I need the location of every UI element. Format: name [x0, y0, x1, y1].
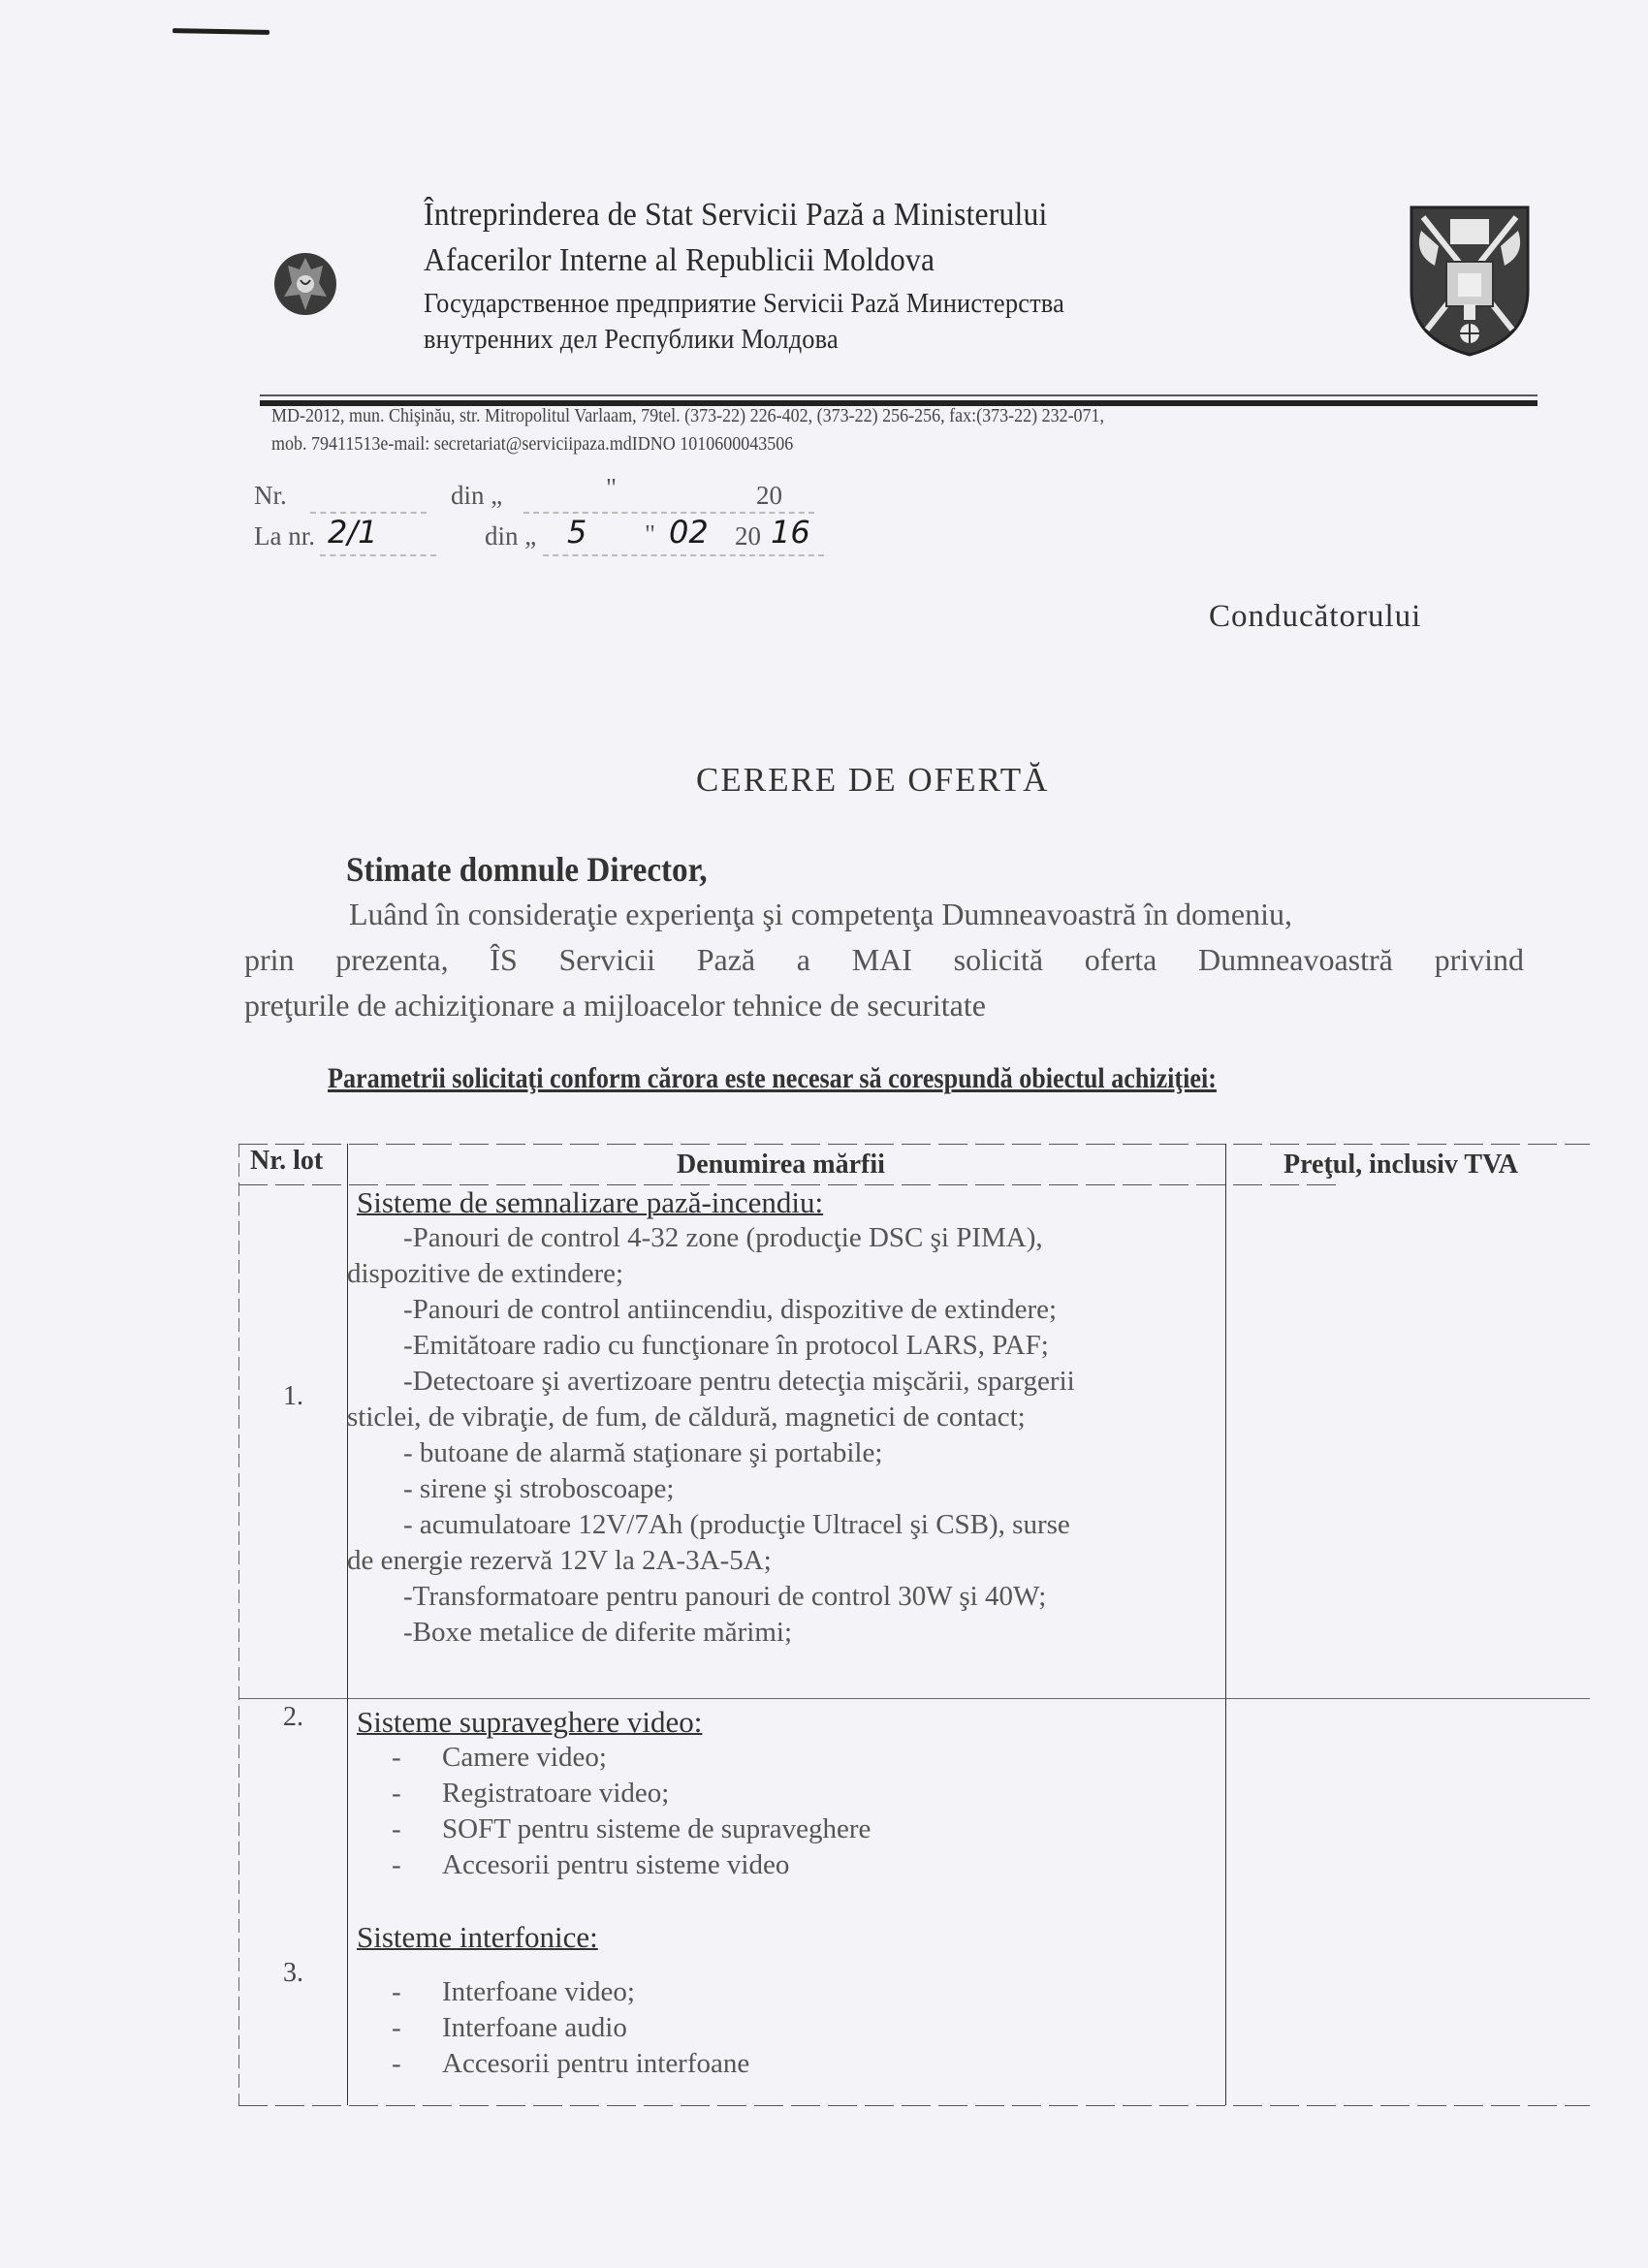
lot-1-group-title: Sisteme de semnalizare pază-incendiu:: [357, 1184, 1220, 1220]
security-service-shield-icon: [1408, 204, 1532, 359]
row1-bottom-border: [238, 1698, 1590, 1699]
body-line-1: Luând în consideraţie experienţa şi comp…: [349, 892, 1522, 937]
lot-1-description: Sisteme de semnalizare pază-incendiu: -P…: [357, 1184, 1220, 1651]
la-nr-day: 5: [567, 514, 586, 551]
lot-1-item: -Detectoare şi avertizoare pentru detecţ…: [357, 1364, 1220, 1400]
nr-year-prefix: 20: [756, 481, 782, 511]
salutation: Stimate domnule Director,: [346, 849, 708, 890]
org-name-ru-line1: Государственное предприятие Servicii Paz…: [424, 288, 1064, 320]
lot-1-item: -Emitătoare radio cu funcţionare în prot…: [357, 1328, 1220, 1364]
lot-3-item: -Interfoane audio: [357, 2010, 1220, 2046]
lot-1-item: de energie rezervă 12V la 2A-3A-5A;: [347, 1543, 1220, 1579]
lot-1-item: -Boxe metalice de diferite mărimi;: [357, 1615, 1220, 1651]
lot-2-number: 2.: [283, 1702, 303, 1733]
org-name-ro-line2: Afacerilor Interne al Republicii Moldova: [424, 242, 935, 279]
lot-1-item: -Transformatoare pentru panouri de contr…: [357, 1579, 1220, 1615]
org-name-ro-line1: Întreprinderea de Stat Servicii Pază a M…: [424, 197, 1047, 234]
table-bottom-border: [238, 2105, 1590, 2106]
la-nr-quote: ": [645, 520, 655, 550]
lot-2-item: -SOFT pentru sisteme de supraveghere: [357, 1811, 1220, 1847]
la-nr-value: 2/1: [328, 514, 378, 551]
col-divider-2: [1225, 1144, 1226, 2105]
moldova-coat-of-arms-icon: [267, 240, 344, 328]
contact-email: mob. 79411513e-mail: secretariat@servici…: [271, 433, 793, 456]
lot-1-item: - butoane de alarmă staţionare şi portab…: [357, 1435, 1220, 1471]
params-heading: Parametrii solicitaţi conform cărora est…: [328, 1062, 1217, 1095]
lot-3-number: 3.: [283, 1958, 303, 1989]
lot-1-item: -Panouri de control 4-32 zone (producţie…: [357, 1220, 1220, 1256]
la-nr-label: La nr.: [254, 521, 315, 551]
table-top-border: [238, 1144, 1590, 1145]
lot-2-item: -Accesorii pentru sisteme video: [357, 1847, 1220, 1883]
nr-quote: ": [606, 473, 617, 503]
la-nr-year-prefix: 20: [735, 521, 761, 551]
recipient: Conducătorului: [1209, 599, 1421, 635]
nr-din-label: din „: [451, 481, 502, 511]
header-pretul: Preţul, inclusiv TVA: [1284, 1150, 1518, 1181]
header-denumirea: Denumirea mărfii: [677, 1150, 885, 1181]
body-line-3: preţurile de achiziţionare a mijloacelor…: [244, 983, 1417, 1028]
body-line-2: prin prezenta, ÎS Servicii Pază a MAI so…: [244, 937, 1524, 983]
lot-3-item: -Accesorii pentru interfoane: [357, 2046, 1220, 2082]
scan-mark: [173, 28, 269, 35]
lot-1-number: 1.: [283, 1381, 303, 1412]
lot-1-item: sticlei, de vibraţie, de fum, de căldură…: [347, 1400, 1220, 1435]
lot-1-item: -Panouri de control antiincendiu, dispoz…: [357, 1292, 1220, 1328]
lot-3-group-title: Sisteme interfonice:: [357, 1919, 1220, 1955]
la-nr-month: 02: [669, 514, 709, 551]
nr-label: Nr.: [254, 481, 287, 511]
org-name-ru-line2: внутренних дел Республики Молдова: [424, 324, 839, 356]
header-divider-thin: [260, 394, 1537, 396]
lot-1-item: - sirene şi stroboscoape;: [357, 1471, 1220, 1507]
header-nr-lot: Nr. lot: [250, 1146, 323, 1177]
la-nr-year-suffix: 16: [771, 514, 810, 551]
lot-2-description: Sisteme supraveghere video: -Camere vide…: [357, 1704, 1220, 1883]
document-title: CERERE DE OFERTĂ: [696, 761, 1049, 800]
lot-3-description: Sisteme interfonice: -Interfoane video; …: [357, 1919, 1220, 2082]
lot-2-item: -Registratoare video;: [357, 1776, 1220, 1811]
lot-1-item: dispozitive de extindere;: [347, 1256, 1220, 1292]
offer-table: Nr. lot Denumirea mărfii Preţul, inclusi…: [238, 1144, 1590, 2106]
contact-address: MD-2012, mun. Chişinău, str. Mitropolitu…: [271, 405, 1104, 427]
la-nr-din-label: din „: [485, 521, 536, 551]
lot-1-item: - acumulatoare 12V/7Ah (producţie Ultrac…: [357, 1507, 1220, 1543]
la-nr-date-blank: [543, 554, 824, 556]
la-nr-blank: [320, 554, 436, 556]
lot-2-item: -Camere video;: [357, 1740, 1220, 1776]
lot-3-item: -Interfoane video;: [357, 1974, 1220, 2010]
lot-2-group-title: Sisteme supraveghere video:: [357, 1704, 1220, 1740]
table-left-border: [238, 1144, 239, 2105]
